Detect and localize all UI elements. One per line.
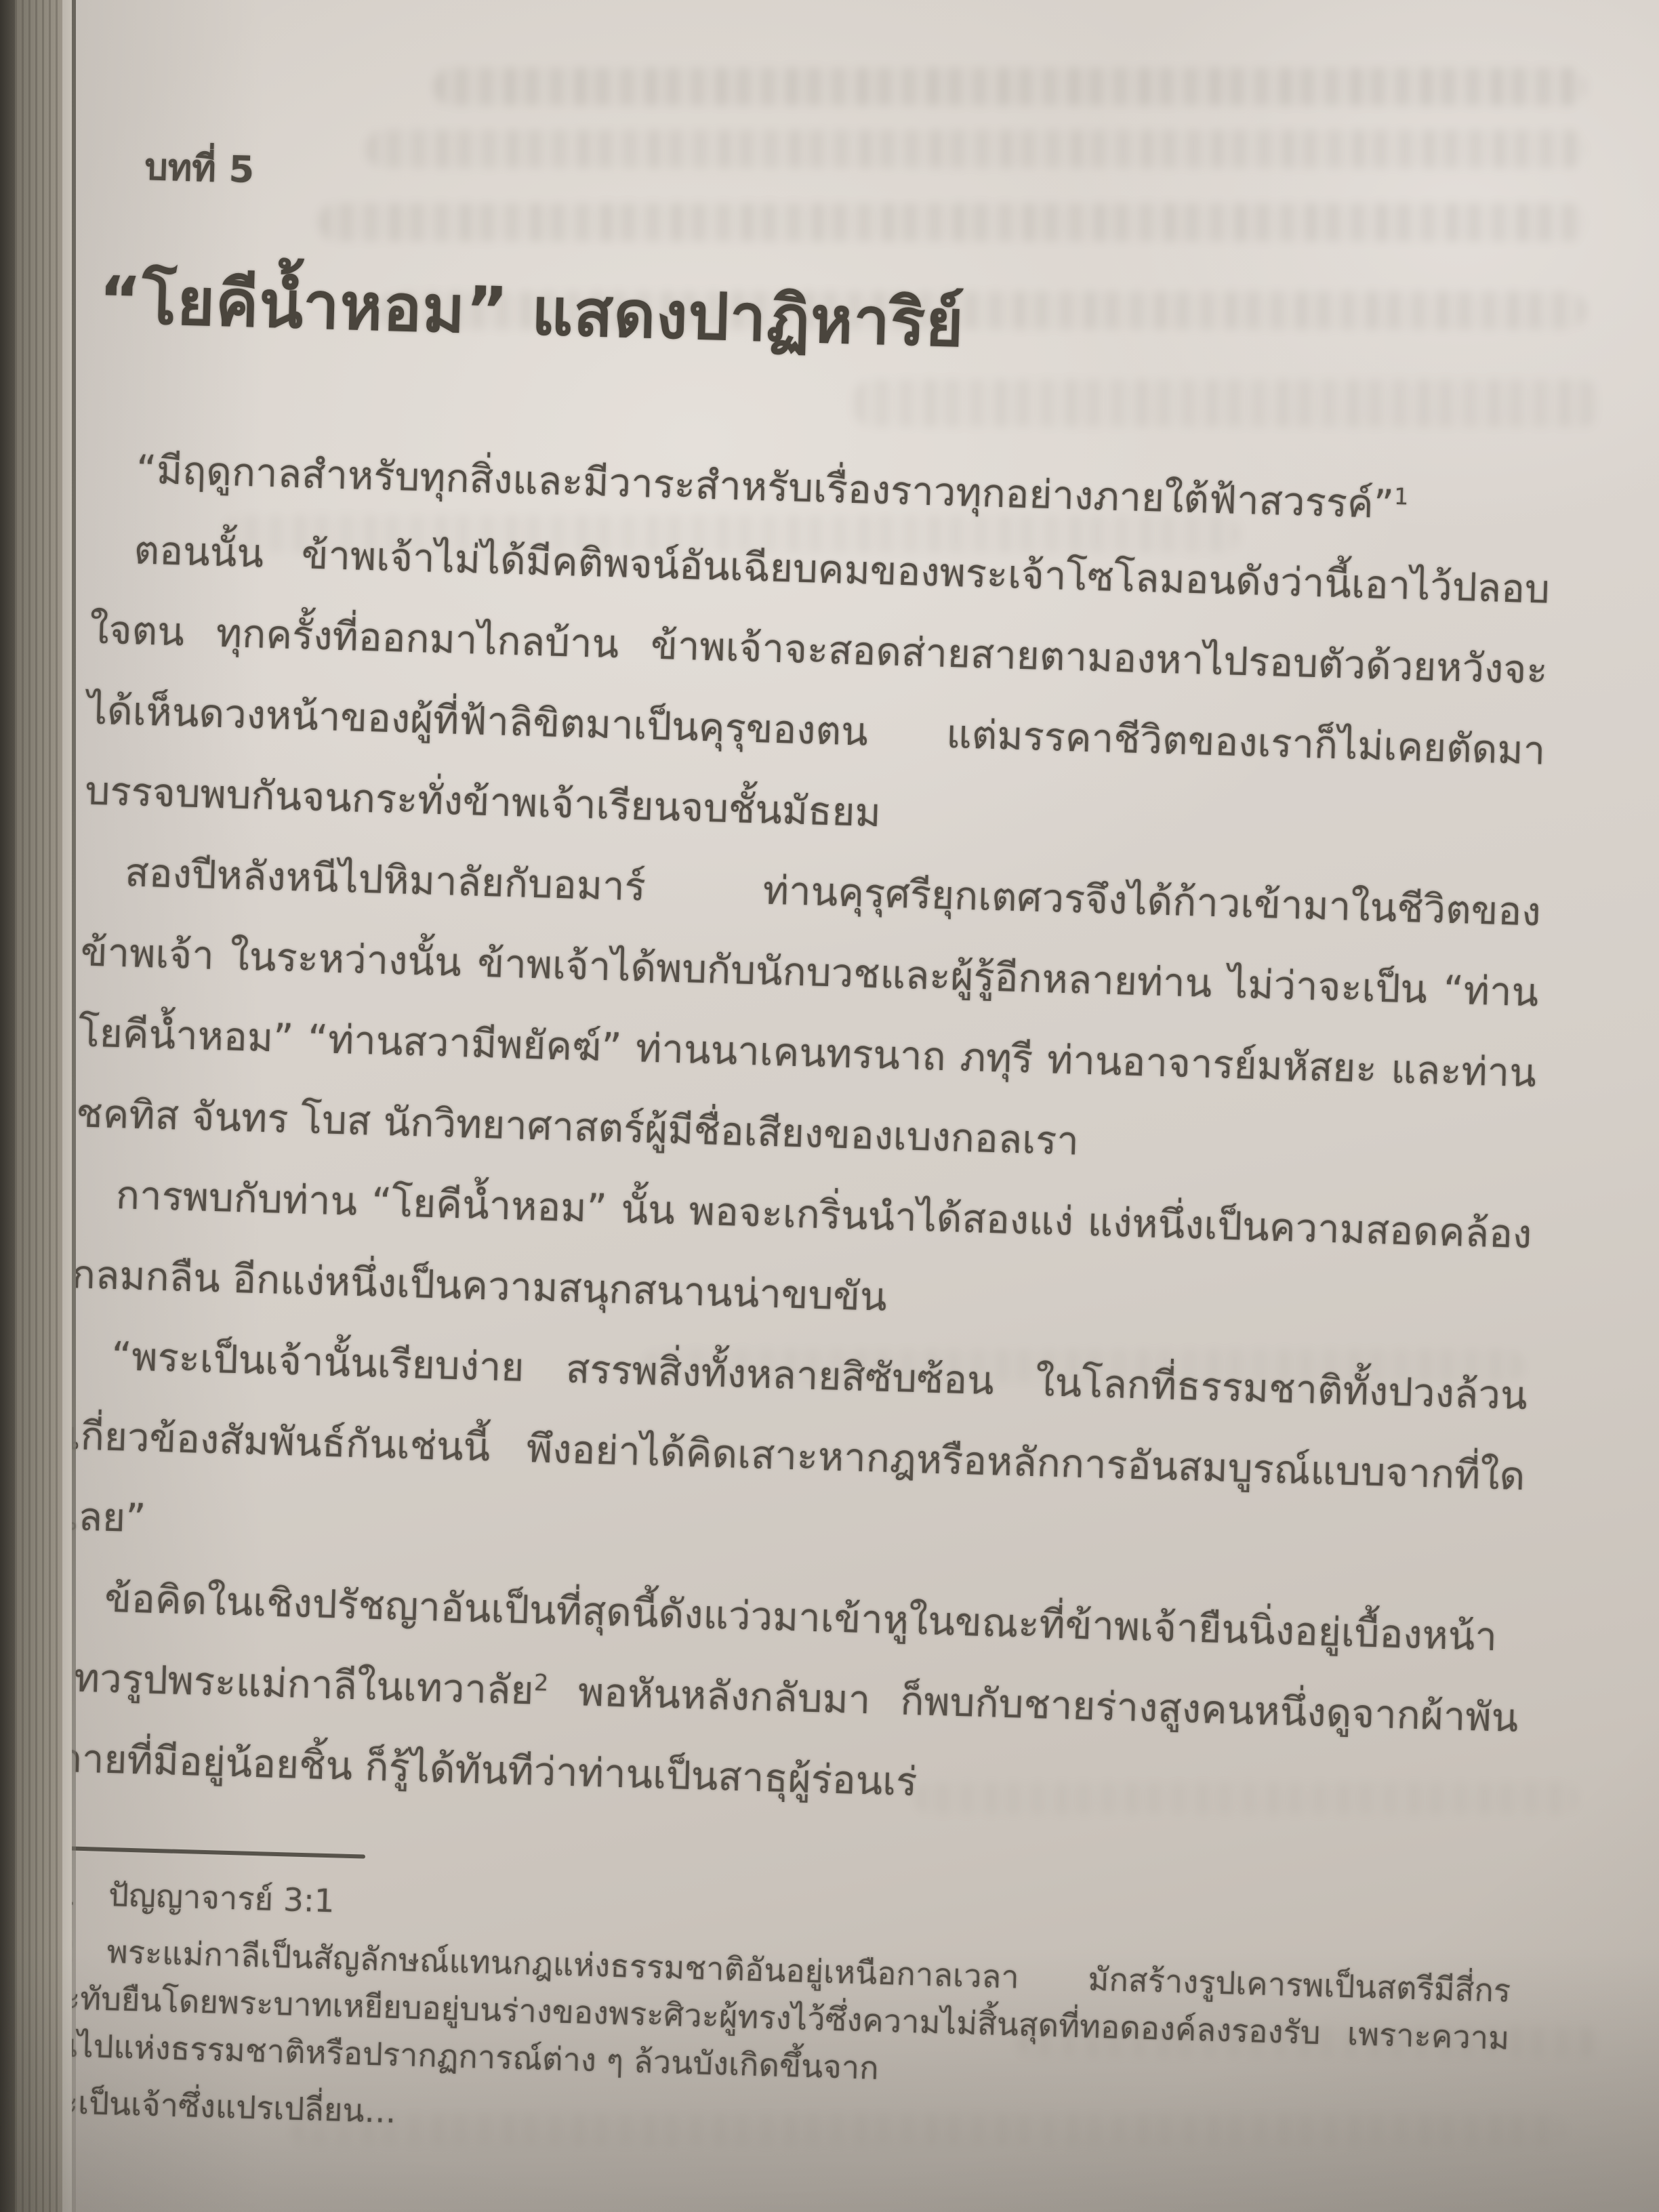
printed-content: บทที่ 5 “โยคีน้ำหอม” แสดงปาฏิหาริย์ “มีฤ… bbox=[0, 0, 1659, 2170]
footnotes: 1ปัญญาจารย์ 3:1 2พระแม่กาลีเป็นสัญลักษณ์… bbox=[48, 1870, 1513, 2167]
page-title: “โยคีน้ำหอม” แสดงปาฏิหาริย์ bbox=[98, 249, 1558, 392]
footnote-text: ปัญญาจารย์ 3:1 bbox=[108, 1877, 335, 1920]
footnote-separator-rule bbox=[57, 1846, 365, 1859]
body-text: “มีฤดูกาลสำหรับทุกสิ่งและมีวาระสำหรับเรื… bbox=[57, 428, 1553, 1839]
footnote-ref-2: 2 bbox=[533, 1669, 548, 1696]
paragraph: ตอนนั้น ข้าพเจ้าไม่ได้มีคติพจน์อันเฉียบค… bbox=[84, 509, 1551, 872]
footnote-text: พระแม่กาลีเป็นสัญลักษณ์แทนกฎแห่งธรรมชาติ… bbox=[24, 1933, 1511, 2087]
book-page-photo: บทที่ 5 “โยคีน้ำหอม” แสดงปาฏิหาริย์ “มีฤ… bbox=[0, 0, 1659, 2212]
chapter-label: บทที่ 5 bbox=[144, 143, 1561, 231]
page-edge-highlight bbox=[62, 0, 72, 2212]
footnote-ref-1: 1 bbox=[1394, 483, 1409, 510]
paragraph-text: การพบกับท่าน “โยคีน้ำหอม” นั้น พอจะเกริ่… bbox=[71, 1172, 1532, 1320]
footnote-2: 2พระแม่กาลีเป็นสัญลักษณ์แทนกฎแห่งธรรมชาต… bbox=[24, 1927, 1511, 2110]
paragraph-text: สองปีหลังหนีไปหิมาลัยกับอมาร์ ท่านคุรุศร… bbox=[75, 849, 1541, 1164]
stacked-page-edges bbox=[15, 0, 62, 2212]
book-spine-shadow bbox=[0, 0, 15, 2212]
paragraph-text: ตอนนั้น ข้าพเจ้าไม่ได้มีคติพจน์อันเฉียบค… bbox=[85, 527, 1551, 836]
paper-surface: บทที่ 5 “โยคีน้ำหอม” แสดงปาฏิหาริย์ “มีฤ… bbox=[0, 0, 1659, 2212]
paragraph: สองปีหลังหนีไปหิมาลัยกับอมาร์ ท่านคุรุศร… bbox=[75, 831, 1542, 1194]
page-fold-line bbox=[72, 0, 76, 2212]
paragraph: ข้อคิดในเชิงปรัชญาอันเป็นที่สุดนี้ดังแว่… bbox=[57, 1557, 1521, 1839]
footnote-area: 1ปัญญาจารย์ 3:1 2พระแม่กาลีเป็นสัญลักษณ์… bbox=[48, 1846, 1514, 2167]
paragraph-text: “พระเป็นเจ้านั้นเรียบง่าย สรรพสิ่งทั้งหล… bbox=[64, 1333, 1528, 1541]
paragraph-quote: “พระเป็นเจ้านั้นเรียบง่าย สรรพสิ่งทั้งหล… bbox=[64, 1315, 1528, 1597]
